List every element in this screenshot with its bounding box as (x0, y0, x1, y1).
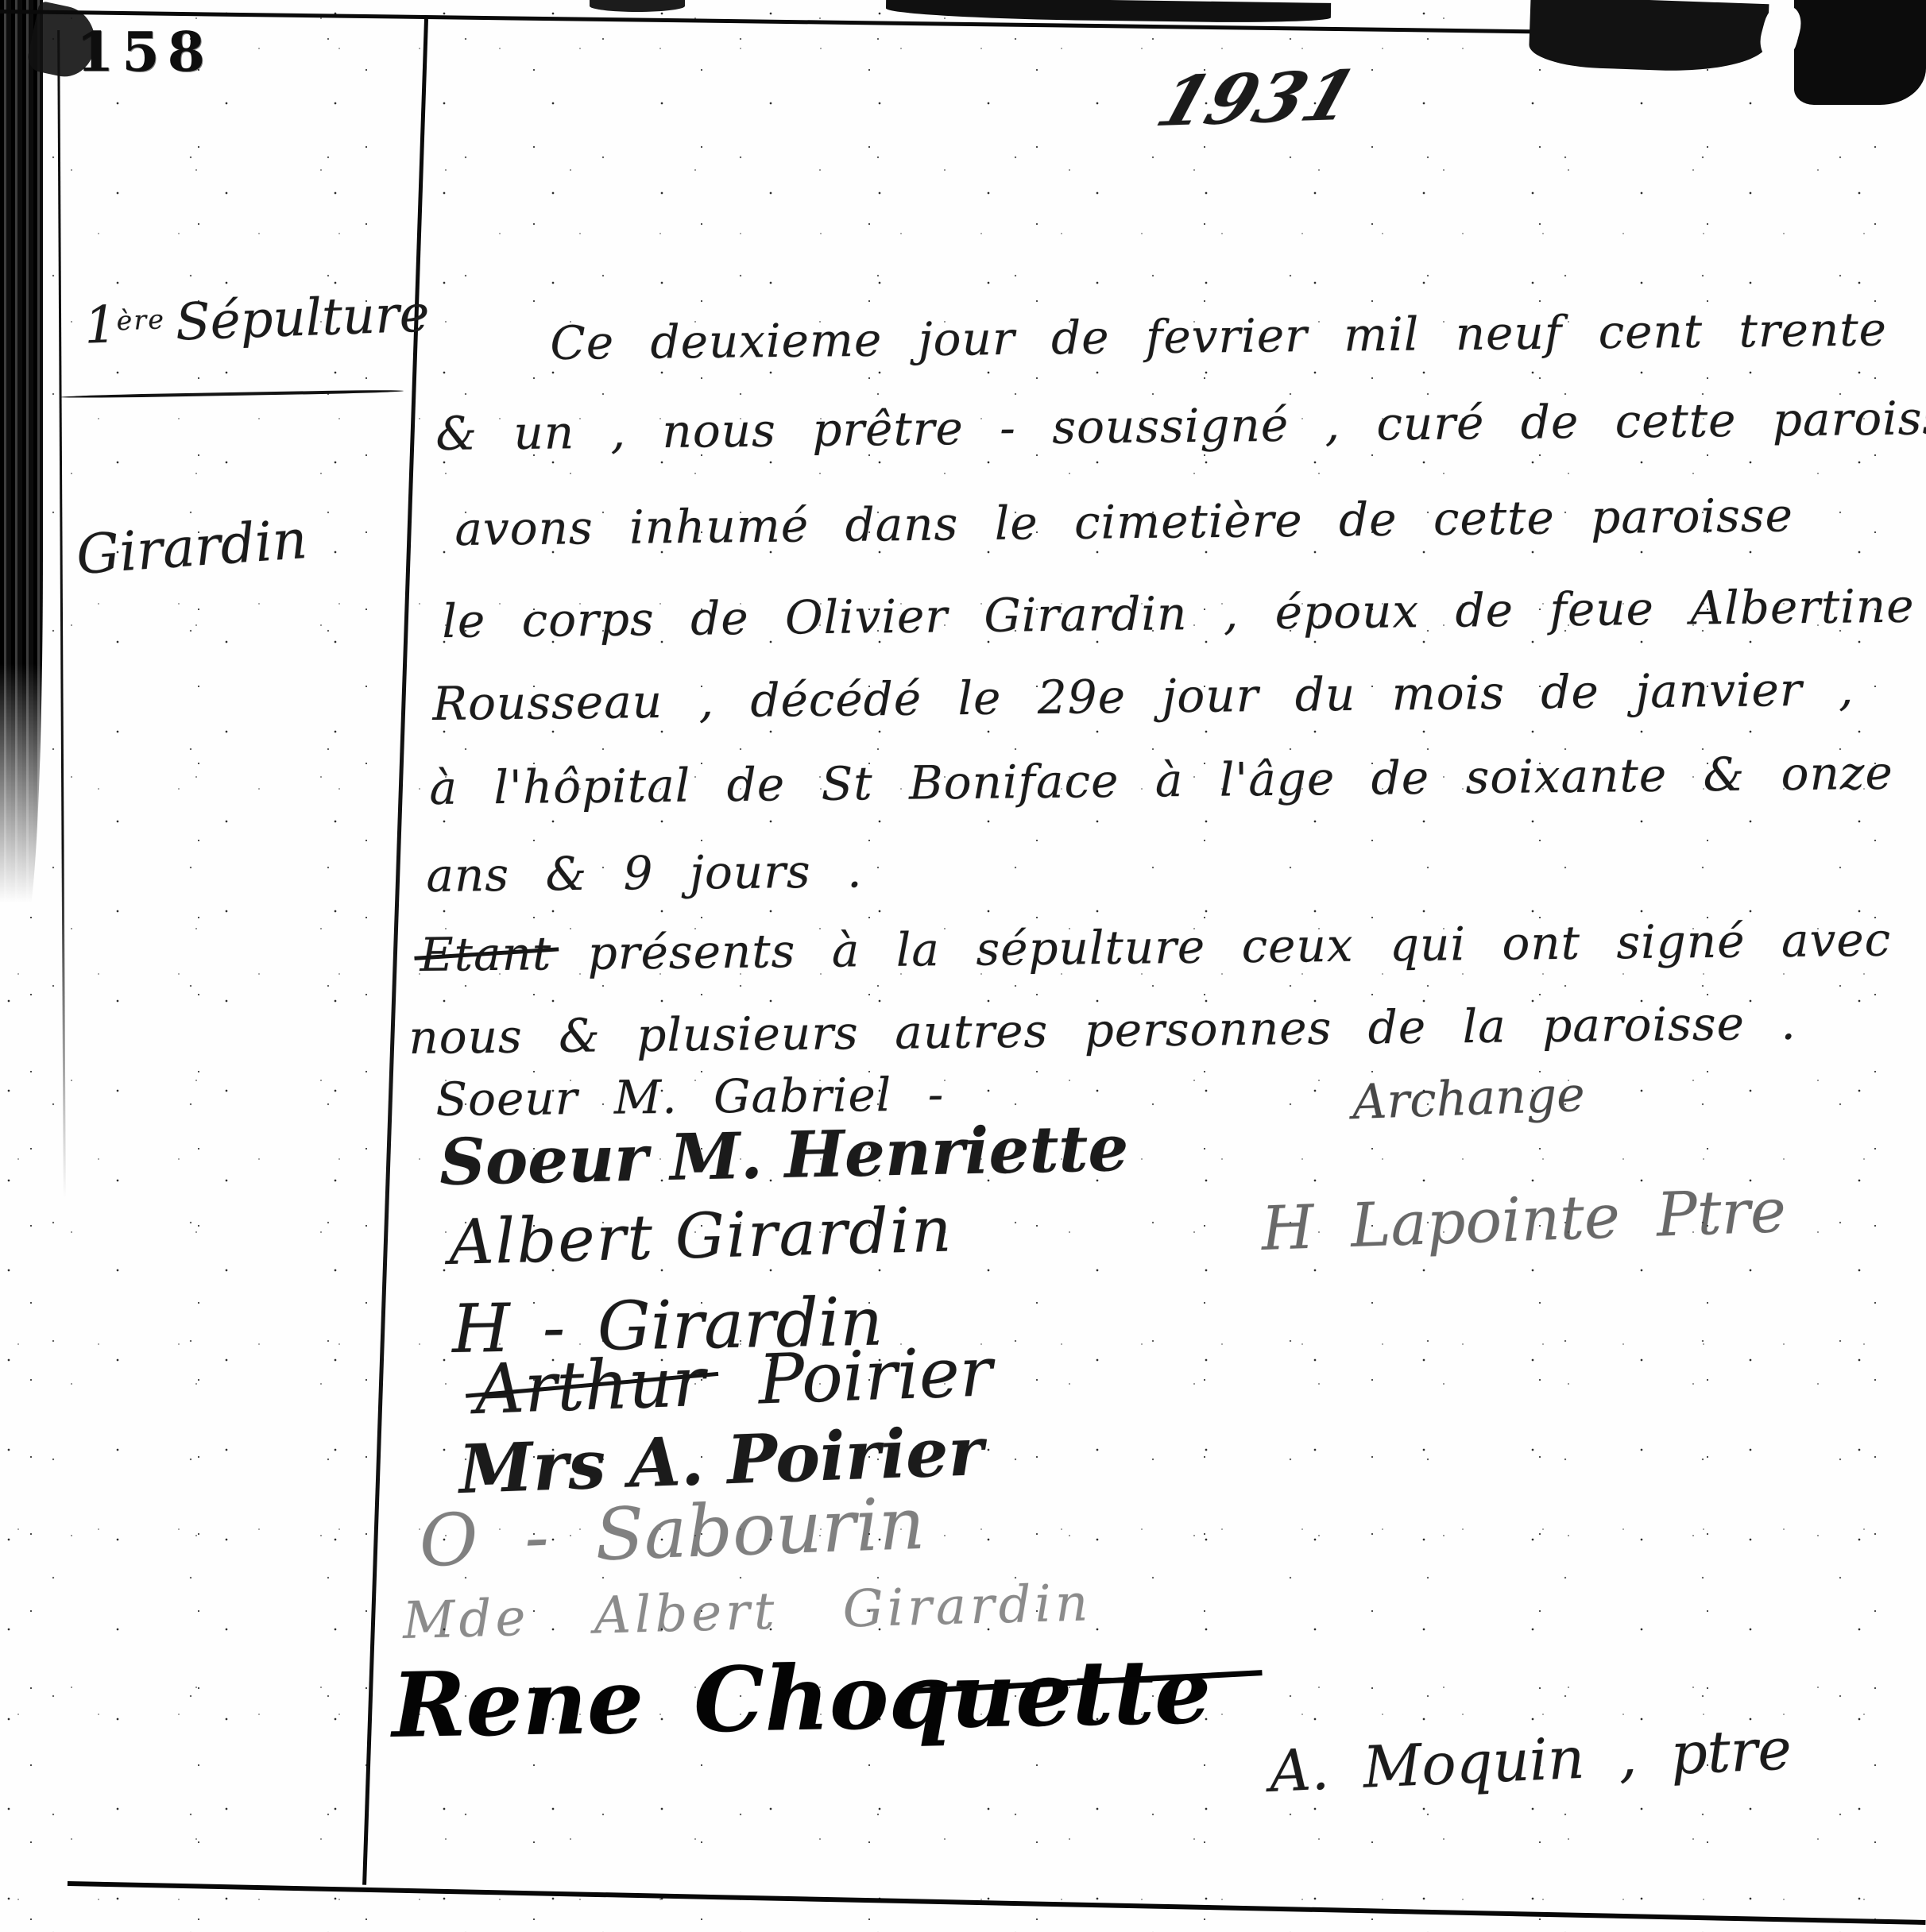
signature-arthur-rest: Poirier (757, 1332, 994, 1420)
record-line-5: Rousseau , décédé le 29e jour du mois de… (432, 662, 1854, 731)
record-line-8-struck-word: Etant (420, 926, 552, 982)
record-line-8: Etant présents à la sépulture ceux qui o… (420, 913, 1891, 982)
signature-a-moquin-ptre: A. Moquin , ptre (1268, 1715, 1793, 1805)
entry-ordinal-suffix: ère (116, 303, 166, 336)
signature-gabriel-archange: Archange (1352, 1067, 1586, 1130)
signature-choquette-last: Choquette (693, 1640, 1212, 1752)
record-line-1: Ce deuxieme jour de fevrier mil neuf cen… (550, 302, 1887, 370)
scanned-register-page: 158 1931 1ère Sépulture Girardin Ce deux… (0, 0, 1926, 1932)
record-line-6: à l'hôpital de St Boniface à l'âge de so… (429, 746, 1893, 815)
entry-ordinal-label: 1ère Sépulture (83, 284, 431, 355)
year-heading: 1931 (1147, 56, 1366, 142)
signature-o-sabourin: O - Sabourin (418, 1482, 926, 1583)
record-line-2: & un , nous prêtre - soussigné , curé de… (435, 390, 1926, 461)
signature-albert-girardin: Albert Girardin (448, 1194, 953, 1279)
scan-artifact-top-right-corner (1794, 0, 1926, 105)
page-edge-line (57, 30, 66, 1198)
signature-soeur-henriette: Soeur M. Henriette (439, 1111, 1129, 1200)
scan-artifact-top-band (886, 0, 1331, 24)
signature-mde-albert-girardin: Mde Albert Girardin (402, 1574, 1093, 1651)
signature-arthur-struck-word: Arthur (474, 1343, 706, 1430)
signature-rene-choquette: Rene Choquette (391, 1640, 1212, 1758)
record-line-9: nous & plusieurs autres personnes de la … (408, 996, 1796, 1065)
page-number: 158 (76, 21, 213, 84)
bottom-edge-line (68, 1881, 1926, 1925)
entry-type-label: Sépulture (175, 284, 431, 352)
scan-artifact-top-small (590, 0, 685, 12)
record-line-4: le corps de Olivier Girardin , époux de … (442, 579, 1915, 648)
record-line-3: avons inhumé dans le cimetière de cette … (454, 488, 1793, 556)
signature-h-lapointe-ptre: H Lapointe Ptre (1260, 1175, 1787, 1264)
scan-artifact-top-right (1529, 0, 1769, 74)
entry-number: 1 (83, 296, 118, 355)
margin-surname: Girardin (75, 508, 310, 587)
record-line-7: ans & 9 jours . (426, 844, 863, 902)
book-binding-edge (0, 0, 43, 922)
record-line-8-rest: présents à la sépulture ceux qui ont sig… (587, 913, 1891, 980)
signature-choquette-first: Rene (391, 1649, 644, 1758)
entry-underline-flourish (60, 389, 404, 399)
